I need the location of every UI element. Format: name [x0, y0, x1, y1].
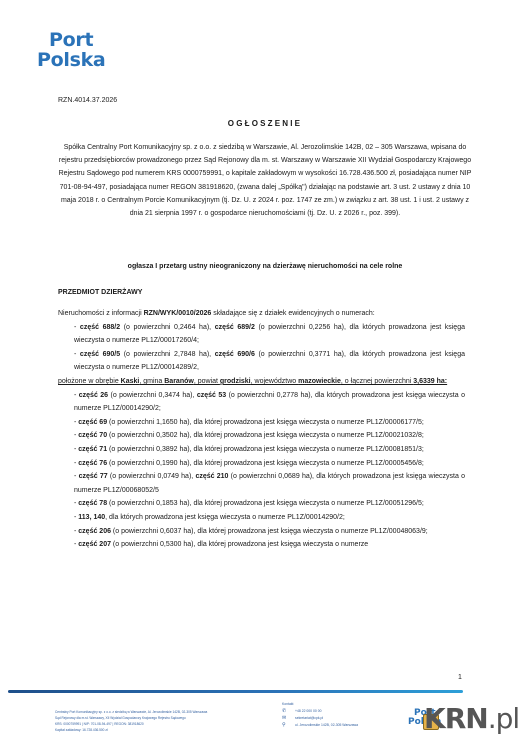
watermark-suffix: .pl	[488, 702, 519, 735]
parcel-list-group-1: - część 688/2 (o powierzchni 0,2464 ha),…	[58, 321, 465, 375]
footer-divider	[8, 690, 463, 693]
parcel-text: (o powierzchni 0,3474 ha),	[108, 392, 197, 399]
wojewodztwo-label: , województwo	[251, 378, 298, 385]
parcel-item: - część 206 (o powierzchni 0,6037 ha), d…	[58, 525, 465, 539]
section-heading: PRZEDMIOT DZIERŻAWY	[58, 289, 142, 296]
announcement-line: ogłasza I przetarg ustny nieograniczony …	[0, 263, 530, 270]
contact-label: Kontakt	[282, 701, 402, 708]
phone-icon: ✆	[282, 708, 287, 715]
email-text: sekretariat@cpk.pl	[295, 715, 323, 722]
parcel-text: (o powierzchni 0,3892 ha), dla której pr…	[107, 446, 424, 453]
parcel-item: - część 70 (o powierzchni 0,3502 ha), dl…	[58, 429, 465, 443]
powiat: grodziski	[220, 378, 251, 385]
location-line: położone w obrębie Kaski, gmina Baranów,…	[58, 375, 465, 389]
parcel-item: - część 76 (o powierzchni 0,1990 ha), dl…	[58, 457, 465, 471]
logo-line-2: Polska	[37, 50, 105, 70]
parcel-text: (o powierzchni 0,1853 ha), dla której pr…	[107, 500, 424, 507]
location-pin-icon: ⚲	[282, 722, 287, 729]
port-polska-logo: Port Polska	[37, 30, 105, 70]
document-body: Nieruchomości z informacji RZN/WYK/0010/…	[58, 307, 465, 552]
wojewodztwo: mazowieckie	[298, 378, 341, 385]
parcel-number: część 690/6	[215, 351, 255, 358]
parcel-text: (o powierzchni 0,2464 ha),	[120, 324, 215, 331]
parcel-text: (o powierzchni 0,5300 ha), dla której pr…	[111, 541, 368, 548]
parcel-number: część 69	[78, 419, 107, 426]
logo-line-1: Port	[37, 30, 105, 50]
watermark-main: KRN	[424, 702, 488, 735]
area-label: , o łącznej powierzchni	[341, 378, 413, 385]
parcel-text: (o powierzchni 0,1990 ha), dla której pr…	[107, 460, 424, 467]
parcel-item: - część 69 (o powierzchni 1,1650 ha), dl…	[58, 416, 465, 430]
parcel-item: - część 26 (o powierzchni 0,3474 ha), cz…	[58, 389, 465, 416]
gmina: Baranów	[164, 378, 194, 385]
parcel-number: część 77	[79, 473, 108, 480]
parcel-number: część 53	[197, 392, 226, 399]
reference-number: RZN.4014.37.2026	[58, 97, 117, 104]
parcel-number: część 78	[78, 500, 107, 507]
document-title: OGŁOSZENIE	[0, 119, 530, 128]
gmina-label: , gmina	[139, 378, 164, 385]
page-number: 1	[458, 674, 462, 681]
parcel-number: część 690/5	[80, 351, 120, 358]
parcel-item: - część 77 (o powierzchni 0,0749 ha), cz…	[58, 470, 465, 497]
lead-suffix: składające się z działek ewidencyjnych o…	[211, 310, 374, 317]
parcel-text: (o powierzchni 0,3502 ha), dla której pr…	[107, 432, 424, 439]
parcel-item: - część 207 (o powierzchni 0,5300 ha), d…	[58, 538, 465, 552]
parcel-item: - część 690/5 (o powierzchni 2,7848 ha),…	[58, 348, 465, 375]
parcel-item: - część 688/2 (o powierzchni 0,2464 ha),…	[58, 321, 465, 348]
parcel-number: część 206	[78, 528, 111, 535]
lead-reference: RZN/WYK/0010/2026	[144, 310, 212, 317]
parcel-number: część 70	[78, 432, 107, 439]
parcel-number: część 689/2	[215, 324, 255, 331]
contact-address: ⚲ ul. Jerozolimskie 142B, 02-305 Warszaw…	[282, 722, 402, 729]
parcel-number: część 26	[79, 392, 108, 399]
parcel-item: - część 71 (o powierzchni 0,3892 ha), dl…	[58, 443, 465, 457]
footer-company-info: Centralny Port Komunikacyjny sp. z o.o. …	[55, 709, 255, 733]
parcel-text: (o powierzchni 2,7848 ha),	[120, 351, 215, 358]
intro-paragraph: Spółka Centralny Port Komunikacyjny sp. …	[55, 141, 475, 220]
parcel-number: część 71	[78, 446, 107, 453]
contact-phone: ✆ +48 22 000 00 00	[282, 708, 402, 715]
parcel-text: (o powierzchni 1,1650 ha), dla której pr…	[107, 419, 424, 426]
parcel-number: część 76	[78, 460, 107, 467]
lead-prefix: Nieruchomości z informacji	[58, 310, 144, 317]
parcel-number: część 207	[78, 541, 111, 548]
parcel-list-group-2: - część 26 (o powierzchni 0,3474 ha), cz…	[58, 389, 465, 552]
location-prefix: położone w obrębie	[58, 378, 121, 385]
total-area: 3,6339 ha:	[413, 378, 447, 385]
krn-watermark: KRN.pl	[424, 702, 519, 735]
parcel-text: (o powierzchni 0,6037 ha), dla której pr…	[111, 528, 428, 535]
phone-text: +48 22 000 00 00	[295, 708, 322, 715]
email-icon: ✉	[282, 715, 287, 722]
obreb: Kaski	[121, 378, 140, 385]
footer-contact: Kontakt ✆ +48 22 000 00 00 ✉ sekretariat…	[282, 701, 402, 729]
parcel-number: część 210	[195, 473, 228, 480]
lead-paragraph: Nieruchomości z informacji RZN/WYK/0010/…	[58, 307, 465, 321]
powiat-label: , powiat	[194, 378, 220, 385]
parcel-text: (o powierzchni 0,0749 ha),	[108, 473, 196, 480]
parcel-number: 113, 140	[78, 514, 105, 521]
parcel-item: - część 78 (o powierzchni 0,1853 ha), dl…	[58, 497, 465, 511]
parcel-text: , dla których prowadzona jest księga wie…	[105, 514, 345, 521]
parcel-item: - 113, 140, dla których prowadzona jest …	[58, 511, 465, 525]
parcel-number: część 688/2	[80, 324, 120, 331]
address-text: ul. Jerozolimskie 142B, 02-305 Warszawa	[295, 722, 358, 729]
footer-company-line: Kapitał zakładowy: 16.728.436.500 zł	[55, 727, 255, 733]
contact-email: ✉ sekretariat@cpk.pl	[282, 715, 402, 722]
